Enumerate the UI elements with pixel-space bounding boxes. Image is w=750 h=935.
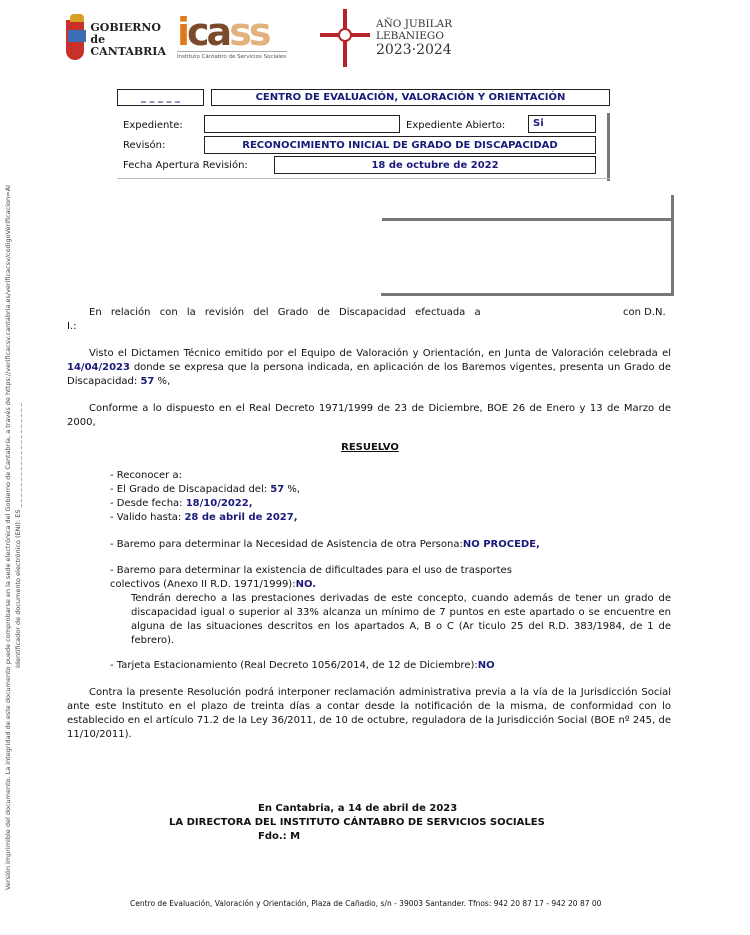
- side-eni-identifier: Identificador de documento electrónico (…: [14, 403, 22, 668]
- tarjeta-value: NO: [478, 660, 495, 671]
- jubilar-line2: LEBANIEGO: [376, 30, 452, 42]
- coat-of-arms-icon: [66, 20, 84, 60]
- signatory-role: LA DIRECTORA DEL INSTITUTO CÁNTABRO DE S…: [169, 817, 545, 828]
- fecha-apertura-label: Fecha Apertura Revisión:: [123, 160, 248, 171]
- dictamen-text: Visto el Dictamen Técnico emitido por el…: [89, 348, 671, 359]
- desde-label: - Desde fecha:: [110, 498, 186, 509]
- transporte-label: colectivos (Anexo II R.D. 1971/1999):: [110, 579, 296, 590]
- code-box: _ _ _ _ _: [117, 89, 204, 106]
- logo-text-line: CANTABRIA: [90, 46, 166, 58]
- real-decreto-paragraph: Conforme a lo dispuesto en el Real Decre…: [67, 402, 671, 430]
- percent-suffix: %,: [154, 376, 170, 387]
- recurso-paragraph: Contra la presente Resolución podrá inte…: [67, 686, 671, 742]
- resuelvo-heading: RESUELVO: [0, 442, 740, 453]
- valido-item: - Valido hasta: 28 de abril de 2027,: [110, 511, 298, 525]
- panel-shadow: [607, 113, 610, 181]
- grado-value: 57: [270, 484, 284, 495]
- gobierno-de-cantabria-logo: GOBIERNO de CANTABRIA: [66, 16, 166, 64]
- tarjeta-label: - Tarjeta Estacionamiento (Real Decreto …: [110, 660, 478, 671]
- transporte-item: - Baremo para determinar la existencia d…: [110, 564, 512, 578]
- icass-letter-i: i: [177, 10, 187, 54]
- desde-value: 18/10/2022,: [186, 498, 253, 509]
- junta-date: 14/04/2023: [67, 362, 130, 373]
- asistencia-item: - Baremo para determinar la Necesidad de…: [110, 538, 540, 552]
- expediente-field: [204, 115, 400, 133]
- grado-suffix: %,: [284, 484, 300, 495]
- valido-value: 28 de abril de 2027,: [184, 512, 297, 523]
- expediente-abierto-label: Expediente Abierto:: [406, 120, 505, 131]
- revision-label: Revisón:: [123, 140, 165, 151]
- cross-icon: [320, 9, 370, 67]
- asistencia-label: - Baremo para determinar la Necesidad de…: [110, 539, 463, 550]
- icass-logo: icass Instituto Cántabro de Servicios So…: [177, 13, 287, 65]
- expediente-abierto-field: Si: [528, 115, 596, 133]
- center-title-box: CENTRO DE EVALUACIÓN, VALORACIÓN Y ORIEN…: [211, 89, 610, 106]
- panel-bottom-line: [117, 178, 610, 179]
- grado-item: - El Grado de Discapacidad del: 57 %,: [110, 483, 300, 497]
- ano-jubilar-logo: AÑO JUBILAR LEBANIEGO 2023·2024: [320, 8, 460, 68]
- address-frame-bottom: [381, 293, 674, 296]
- jubilar-line1: AÑO JUBILAR: [376, 18, 452, 30]
- grado-label: - El Grado de Discapacidad del:: [110, 484, 270, 495]
- valido-label: - Valido hasta:: [110, 512, 184, 523]
- intro-dni: con D.N.: [623, 307, 666, 318]
- place-date: En Cantabria, a 14 de abril de 2023: [258, 803, 457, 814]
- asistencia-value: NO PROCEDE,: [463, 539, 540, 550]
- transporte-item-cont: colectivos (Anexo II R.D. 1971/1999):NO.: [110, 578, 316, 592]
- transporte-note: Tendrán derecho a las prestaciones deriv…: [131, 592, 671, 648]
- desde-item: - Desde fecha: 18/10/2022,: [110, 497, 253, 511]
- icass-letters-ss: ss: [229, 10, 268, 54]
- tarjeta-item: - Tarjeta Estacionamiento (Real Decreto …: [110, 659, 495, 673]
- revision-field: RECONOCIMIENTO INICIAL DE GRADO DE DISCA…: [204, 136, 596, 154]
- intro-text: En relación con la revisión del Grado de…: [89, 307, 481, 318]
- signed-by: Fdo.: M: [258, 831, 300, 842]
- jubilar-years: 2023·2024: [376, 42, 452, 58]
- address-frame-right: [671, 195, 674, 296]
- reconocer-item: - Reconocer a:: [110, 469, 182, 483]
- icass-letters-ca: ca: [187, 10, 229, 54]
- dictamen-paragraph: Visto el Dictamen Técnico emitido por el…: [67, 347, 671, 389]
- side-verification-note: Versión imprimible del documento. La int…: [4, 185, 12, 890]
- expediente-label: Expediente:: [123, 120, 183, 131]
- grado-percent: 57: [140, 376, 154, 387]
- fecha-apertura-field: 18 de octubre de 2022: [274, 156, 596, 174]
- intro-dni-cont: I.:: [67, 321, 77, 332]
- footer-address: Centro de Evaluación, Valoración y Orien…: [130, 899, 601, 908]
- transporte-value: NO.: [296, 579, 316, 590]
- address-frame-mid-line: [382, 218, 673, 221]
